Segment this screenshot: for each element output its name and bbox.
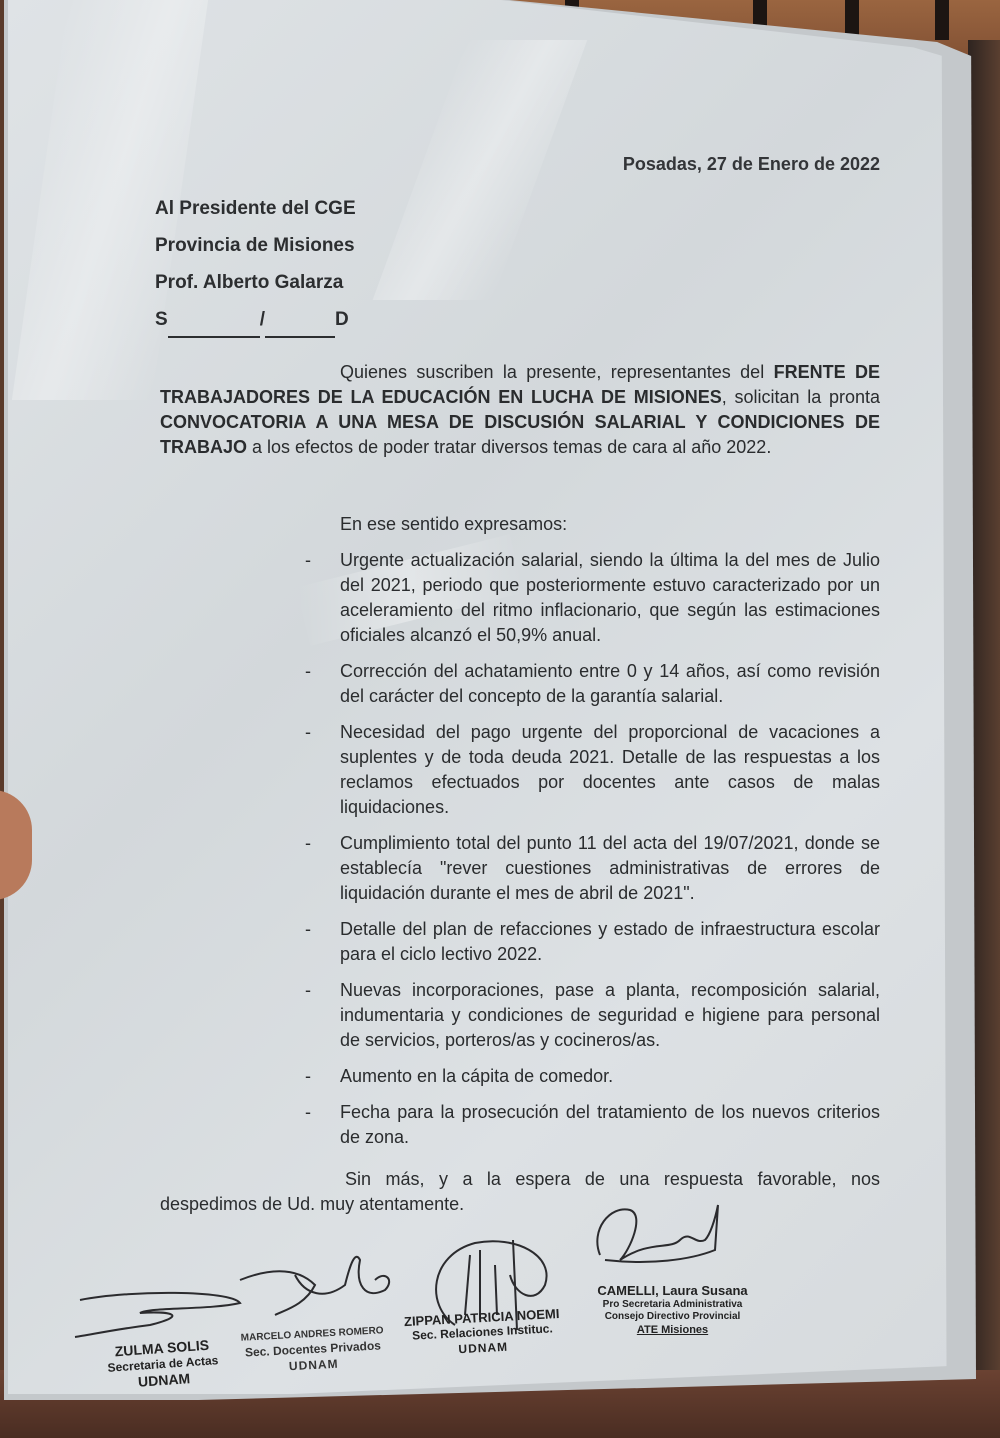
intro-paragraph: Quienes suscriben la presente, represent… bbox=[160, 360, 880, 460]
closing-paragraph: Sin más, y a la espera de una respuesta … bbox=[160, 1167, 880, 1217]
list-item: -Corrección del achatamiento entre 0 y 1… bbox=[305, 659, 880, 709]
recipient-line: Prof. Alberto Galarza bbox=[155, 264, 356, 301]
demands-list: -Urgente actualización salarial, siendo … bbox=[305, 548, 880, 1161]
signature-block-camelli: CAMELLI, Laura Susana Pro Secretaria Adm… bbox=[585, 1282, 760, 1338]
expresamos-line: En ese sentido expresamos: bbox=[340, 512, 567, 537]
recipient-block: Al Presidente del CGE Provincia de Misio… bbox=[155, 190, 356, 338]
signature-scribble bbox=[590, 1200, 730, 1280]
list-item: -Urgente actualización salarial, siendo … bbox=[305, 548, 880, 648]
place-date: Posadas, 27 de Enero de 2022 bbox=[623, 152, 880, 177]
list-item: -Fecha para la prosecución del tratamien… bbox=[305, 1100, 880, 1150]
list-item: -Cumplimiento total del punto 11 del act… bbox=[305, 831, 880, 906]
recipient-line: Provincia de Misiones bbox=[155, 227, 356, 264]
list-item: -Aumento en la cápita de comedor. bbox=[305, 1064, 880, 1089]
railing-bar bbox=[935, 0, 949, 40]
list-item: -Necesidad del pago urgente del proporci… bbox=[305, 720, 880, 820]
signature-block-stamp: MARCELO ANDRES ROMERO Sec. Docentes Priv… bbox=[227, 1323, 399, 1378]
recipient-line: Al Presidente del CGE bbox=[155, 190, 356, 227]
signature-block-zippan: ZIPPAN PATRICIA NOEMI Sec. Relaciones In… bbox=[394, 1305, 571, 1360]
list-item: -Nuevas incorporaciones, pase a planta, … bbox=[305, 978, 880, 1053]
sd-salutation: S / D bbox=[155, 301, 356, 338]
signature-block-solis: ZULMA SOLIS Secretaria de Actas UDNAM bbox=[86, 1335, 239, 1394]
signature-scribble bbox=[235, 1245, 415, 1325]
list-item: -Detalle del plan de refacciones y estad… bbox=[305, 917, 880, 967]
